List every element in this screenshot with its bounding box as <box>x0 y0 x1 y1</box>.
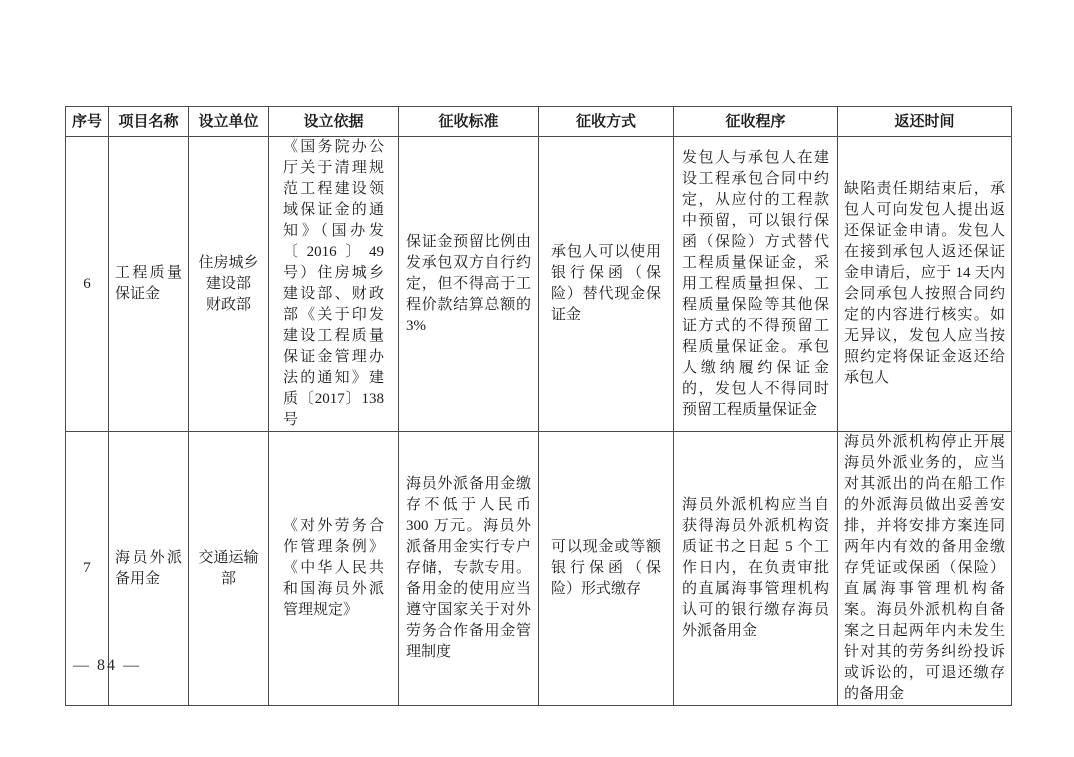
cell-establishing-unit: 交通运输部 <box>189 432 269 706</box>
cell-collection-standard: 保证金预留比例由发承包双方自行约定，但不得高于工程价款结算总额的 3% <box>399 137 539 432</box>
cell-establishment-basis: 《国务院办公厅关于清理规范工程建设领域保证金的通知》（国办发〔2016〕49 号… <box>269 137 399 432</box>
cell-collection-method: 可以现金或等额银行保函（保险）形式缴存 <box>539 432 674 706</box>
cell-collection-method: 承包人可以使用银行保函（保险）替代现金保证金 <box>539 137 674 432</box>
document-page: 序号 项目名称 设立单位 设立依据 征收标准 征收方式 征收程序 返还时间 6 … <box>0 0 1074 757</box>
column-header-establishing-unit: 设立单位 <box>189 107 269 137</box>
cell-establishing-unit: 住房城乡建设部 财政部 <box>189 137 269 432</box>
column-header-return-time: 返还时间 <box>838 107 1012 137</box>
fee-table: 序号 项目名称 设立单位 设立依据 征收标准 征收方式 征收程序 返还时间 6 … <box>65 106 1012 706</box>
cell-return-time: 缺陷责任期结束后，承包人可向发包人提出返还保证金申请。发包人在接到承包人返还保证… <box>838 137 1012 432</box>
table-row-7: 7 海员外派备用金 交通运输部 《对外劳务合作管理条例》《中华人民共和国海员外派… <box>66 432 1012 706</box>
cell-project-name: 工程质量保证金 <box>109 137 189 432</box>
table-header-row: 序号 项目名称 设立单位 设立依据 征收标准 征收方式 征收程序 返还时间 <box>66 107 1012 137</box>
page-number: — 84 — <box>73 657 141 675</box>
cell-return-time: 海员外派机构停止开展海员外派业务的，应当对其派出的尚在船工作的外派海员做出妥善安… <box>838 432 1012 706</box>
column-header-collection-standard: 征收标准 <box>399 107 539 137</box>
column-header-establishment-basis: 设立依据 <box>269 107 399 137</box>
cell-collection-standard: 海员外派备用金缴存不低于人民币 300 万元。海员外派备用金实行专户存储，专款专… <box>399 432 539 706</box>
cell-collection-procedure: 发包人与承包人在建设工程承包合同中约定，从应付的工程款中预留，可以银行保函（保险… <box>674 137 838 432</box>
cell-establishment-basis: 《对外劳务合作管理条例》《中华人民共和国海员外派管理规定》 <box>269 432 399 706</box>
table-row-6: 6 工程质量保证金 住房城乡建设部 财政部 《国务院办公厅关于清理规范工程建设领… <box>66 137 1012 432</box>
cell-collection-procedure: 海员外派机构应当自获得海员外派机构资质证书之日起 5 个工作日内，在负责审批的直… <box>674 432 838 706</box>
cell-seq: 6 <box>66 137 109 432</box>
column-header-collection-procedure: 征收程序 <box>674 107 838 137</box>
column-header-collection-method: 征收方式 <box>539 107 674 137</box>
column-header-seq: 序号 <box>66 107 109 137</box>
column-header-project-name: 项目名称 <box>109 107 189 137</box>
